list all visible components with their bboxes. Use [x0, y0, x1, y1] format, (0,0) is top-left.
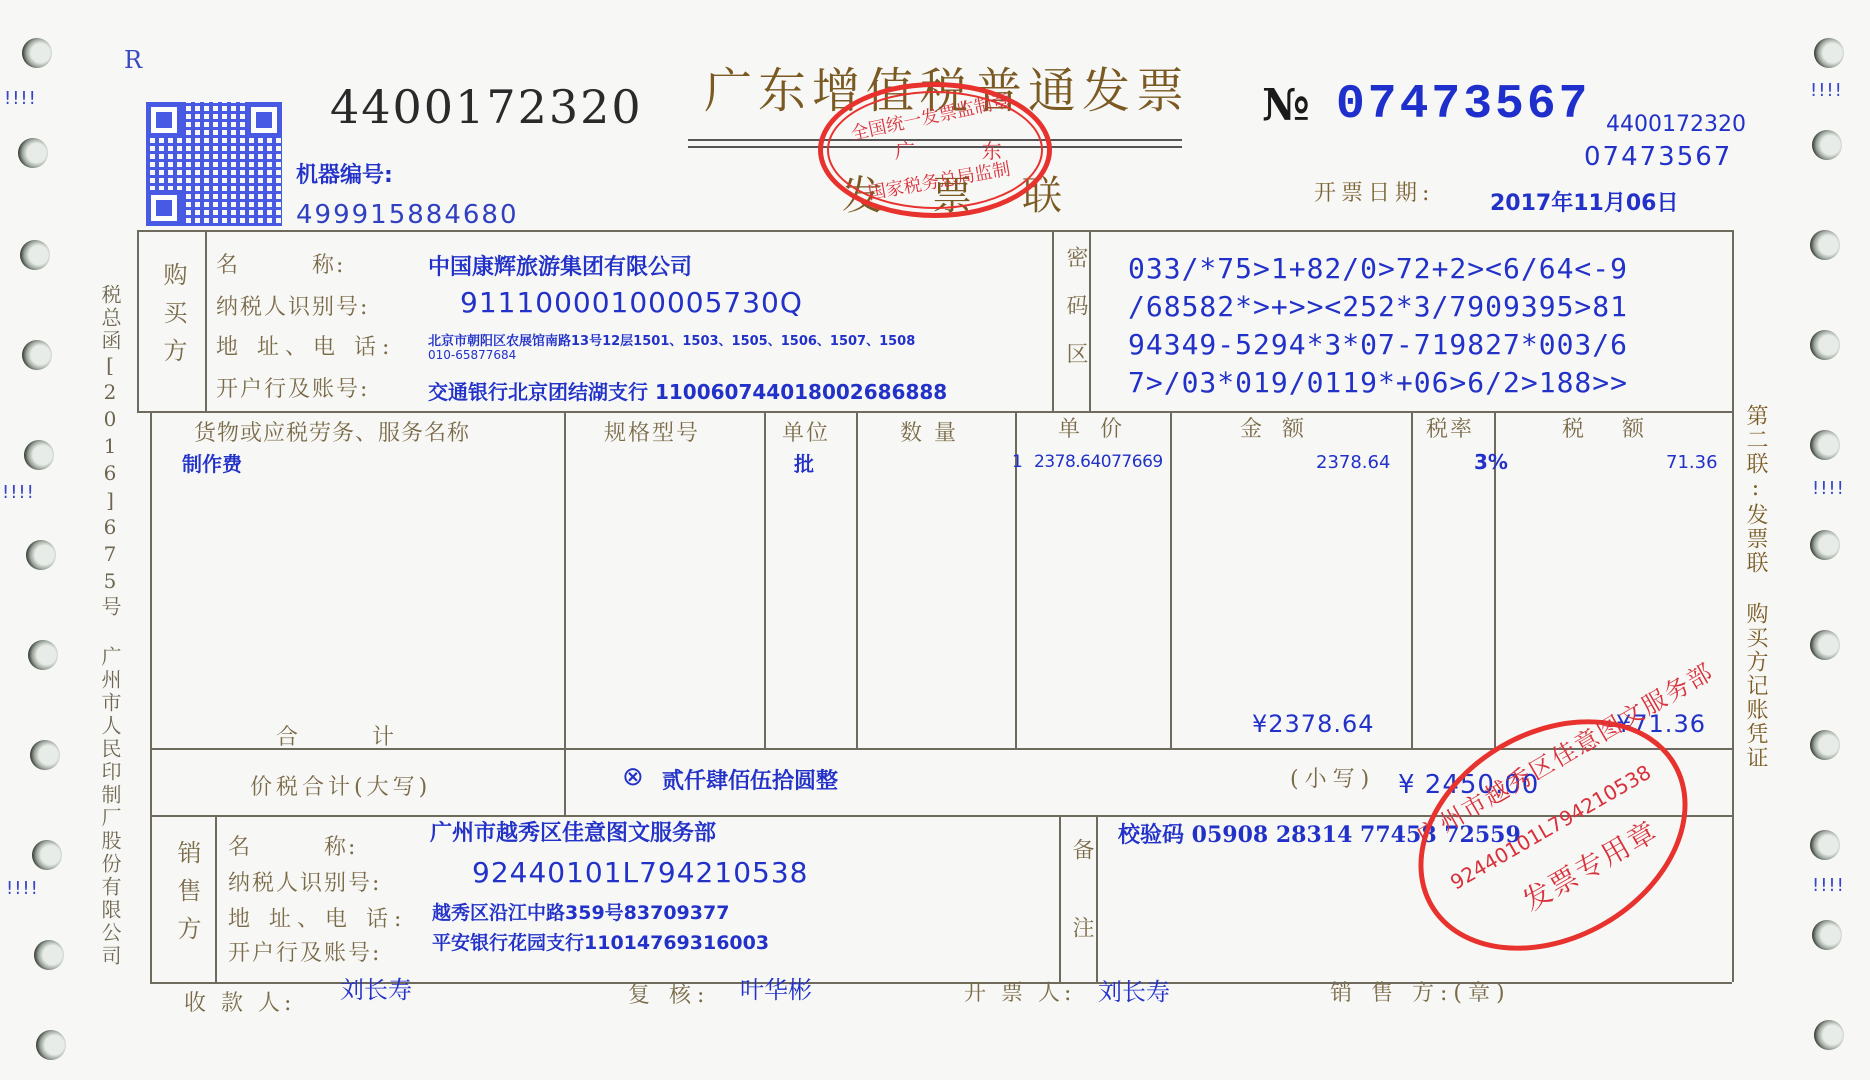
item-price: 2378.64077669	[1034, 452, 1163, 472]
seller-address-label: 地 址、电 话:	[228, 902, 407, 933]
cipher-section-label: 密码区	[1060, 246, 1091, 390]
circle-x-icon: ⊗	[622, 762, 644, 792]
item-qty: 1	[1012, 452, 1023, 472]
invoice-number-small: 07473567	[1584, 142, 1732, 172]
registered-mark: R	[124, 46, 142, 74]
reviewer: 叶华彬	[740, 970, 812, 1005]
seller-stamp-label: 销 售 方:(章)	[1330, 976, 1511, 1007]
remarks-section-label: 备注	[1066, 838, 1097, 994]
item-tax: 71.36	[1666, 452, 1718, 473]
item-amount: 2378.64	[1316, 452, 1390, 473]
payee: 刘长寿	[340, 970, 412, 1005]
payee-label: 收 款 人:	[184, 986, 295, 1017]
grand-total-label: 价税合计(大写)	[250, 770, 431, 801]
tax-bureau-seal: 全国统一发票监制章 广 东 国家税务总局监制	[818, 82, 1052, 218]
seller-bank-label: 开户行及账号:	[228, 936, 381, 967]
seller-name-label: 名 称:	[228, 830, 357, 861]
seller-section-label: 销售方	[170, 840, 205, 954]
cipher-line-1: 033/*75>1+82/0>72+2><6/64<-9	[1128, 252, 1628, 285]
issuer: 刘长寿	[1098, 972, 1170, 1007]
seller-tax-id-label: 纳税人识别号:	[228, 866, 381, 897]
reviewer-label: 复 核:	[628, 978, 710, 1009]
seller-name: 广州市越秀区佳意图文服务部	[430, 816, 716, 847]
invoice-code-small: 4400172320	[1606, 112, 1746, 137]
total-label: 合 计	[276, 720, 396, 751]
copy-note: 第二联:发票联 购买方记账凭证	[1740, 404, 1771, 770]
no-symbol: №	[1262, 80, 1310, 131]
col-header-qty: 数量	[900, 416, 968, 447]
machine-number: 499915884680	[296, 200, 519, 230]
col-header-rate: 税率	[1426, 412, 1474, 443]
qr-code	[146, 102, 282, 226]
col-header-unit: 单位	[782, 416, 830, 447]
buyer-tax-id-label: 纳税人识别号:	[216, 290, 369, 321]
invoice-number: 07473567	[1336, 78, 1590, 132]
printer-note: 税总函[2016]675号 广州市人民印制厂股份有限公司	[96, 284, 125, 974]
col-header-spec: 规格型号	[604, 416, 700, 447]
buyer-section-label: 购买方	[156, 262, 191, 376]
seller-address: 越秀区沿江中路359号83709377	[432, 898, 729, 925]
col-header-tax: 税 额	[1562, 412, 1646, 443]
cipher-line-3: 94349-5294*3*07-719827*003/6	[1128, 328, 1628, 361]
invoice-date: 2017年11月06日	[1490, 186, 1678, 217]
buyer-address-label: 地 址、电 话:	[216, 330, 395, 361]
item-rate: 3%	[1474, 450, 1508, 474]
col-header-amount: 金 额	[1240, 412, 1306, 443]
buyer-bank-label: 开户行及账号:	[216, 372, 369, 403]
buyer-bank: 交通银行北京团结湖支行 110060744018002686888	[428, 376, 947, 405]
total-amount: ¥2378.64	[1252, 710, 1375, 738]
buyer-tax-id: 91110000100005730Q	[460, 286, 803, 319]
seller-bank: 平安银行花园支行11014769316003	[432, 928, 769, 955]
item-name: 制作费	[182, 448, 242, 477]
buyer-name-label: 名 称:	[216, 248, 345, 279]
buyer-name: 中国康辉旅游集团有限公司	[428, 250, 692, 281]
date-label: 开票日期:	[1314, 176, 1434, 207]
issuer-label: 开 票 人:	[964, 976, 1075, 1007]
invoice-code: 4400172320	[330, 80, 643, 134]
cipher-line-2: /68582*>+>><252*3/7909395>81	[1128, 290, 1628, 323]
cipher-line-4: 7>/03*019/0119*+06>6/2>188>>	[1128, 366, 1628, 399]
buyer-address-line2: 010-65877684	[428, 348, 516, 362]
item-unit: 批	[794, 448, 814, 477]
col-header-name: 货物或应税劳务、服务名称	[194, 416, 470, 447]
seller-tax-id: 92440101L794210538	[472, 856, 808, 889]
buyer-address-line1: 北京市朝阳区农展馆南路13号12层1501、1503、1505、1506、150…	[428, 330, 915, 349]
grand-total-capital: 贰仟肆佰伍拾圆整	[662, 764, 838, 795]
grand-total-small-label: (小写)	[1290, 762, 1375, 793]
machine-number-label: 机器编号:	[296, 158, 393, 189]
col-header-price: 单价	[1058, 412, 1142, 443]
